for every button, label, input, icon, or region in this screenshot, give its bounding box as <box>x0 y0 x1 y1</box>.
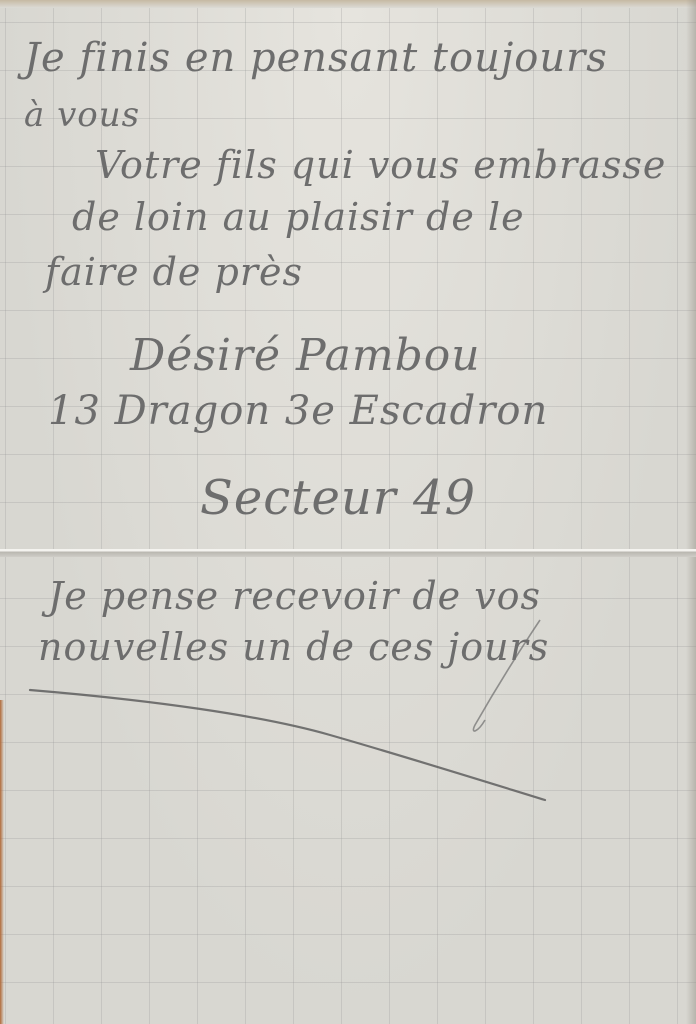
letter-page: Je finis en pensant toujours à vous Votr… <box>0 0 696 1024</box>
closing-pencil-stroke <box>0 0 696 1024</box>
